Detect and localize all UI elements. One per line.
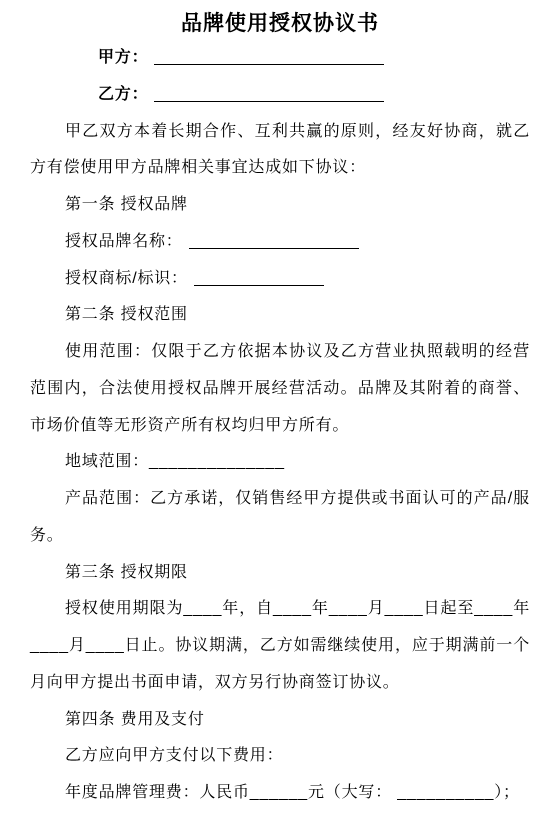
fees-intro-line: 乙方应向甲方支付以下费用： <box>30 738 530 775</box>
brand-name-label: 授权品牌名称： <box>65 233 183 250</box>
brand-name-blank[interactable] <box>189 229 359 249</box>
document-body: 甲方： 乙方： 甲乙双方本着长期合作、互利共赢的原则，经友好协商，就乙方有偿使用… <box>0 40 560 812</box>
article1-heading: 第一条 授权品牌 <box>30 187 530 224</box>
usage-scope-paragraph: 使用范围：仅限于乙方依据本协议及乙方营业执照载明的经营范围内，合法使用授权品牌开… <box>30 334 530 444</box>
party-a-label: 甲方： <box>98 49 148 66</box>
article2-heading: 第二条 授权范围 <box>30 297 530 334</box>
party-b-label: 乙方： <box>98 86 148 103</box>
term-paragraph: 授权使用期限为____年，自____年____月____日起至____年____… <box>30 591 530 701</box>
article4-heading: 第四条 费用及支付 <box>30 702 530 739</box>
party-b-line: 乙方： <box>30 77 530 114</box>
product-scope-paragraph: 产品范围：乙方承诺，仅销售经甲方提供或书面认可的产品/服务。 <box>30 481 530 555</box>
territory-line: 地域范围：______________ <box>30 444 530 481</box>
party-a-line: 甲方： <box>30 40 530 77</box>
document-title: 品牌使用授权协议书 <box>0 0 560 40</box>
article3-heading: 第三条 授权期限 <box>30 555 530 592</box>
trademark-blank[interactable] <box>194 266 324 286</box>
trademark-line: 授权商标/标识： <box>30 261 530 298</box>
party-a-blank[interactable] <box>154 45 384 65</box>
party-b-blank[interactable] <box>154 82 384 102</box>
brand-name-line: 授权品牌名称： <box>30 224 530 261</box>
annual-fee-line: 年度品牌管理费：人民币______元（大写： __________）； <box>30 775 530 812</box>
preamble-paragraph: 甲乙双方本着长期合作、互利共赢的原则，经友好协商，就乙方有偿使用甲方品牌相关事宜… <box>30 114 530 188</box>
contract-document-page: 品牌使用授权协议书 甲方： 乙方： 甲乙双方本着长期合作、互利共赢的原则，经友好… <box>0 0 560 825</box>
trademark-label: 授权商标/标识： <box>65 270 188 287</box>
